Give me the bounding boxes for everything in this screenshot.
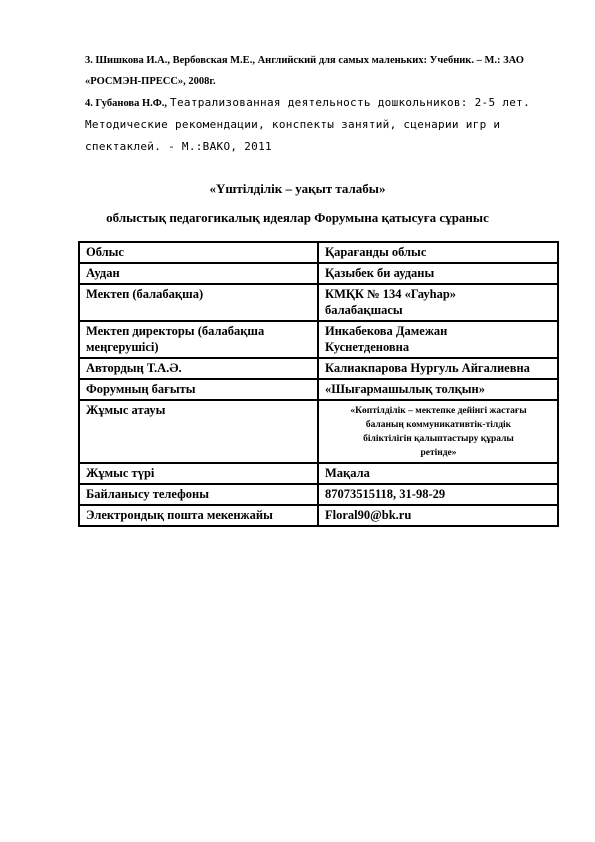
row-value-district: Қазыбек би ауданы xyxy=(318,263,558,284)
row-value-region: Қарағанды облыс xyxy=(318,242,558,263)
row-value-author: Калиакпарова Нургуль Айгалиевна xyxy=(318,358,558,379)
table-row-phone: Байланысу телефоны 87073515118, 31-98-29 xyxy=(79,484,558,505)
row-label-forum-direction: Форумның бағыты xyxy=(79,379,318,400)
table-row-email: Электрондық пошта мекенжайы Floral90@bk.… xyxy=(79,505,558,526)
table-row-director: Мектеп директоры (балабақша меңгерушісі)… xyxy=(79,321,558,358)
row-label-work-title: Жұмыс атауы xyxy=(79,400,318,463)
reference-item-3: 3. Шишкова И.А., Вербовская М.Е., Англий… xyxy=(85,50,563,92)
row-value-forum-direction: «Шығармашылық толқын» xyxy=(318,379,558,400)
row-label-work-type: Жұмыс түрі xyxy=(79,463,318,484)
table-row-author: Автордың Т.А.Ә. Калиакпарова Нургуль Айг… xyxy=(79,358,558,379)
row-value-school: КМҚК № 134 «Гауһар» балабақшасы xyxy=(318,284,558,321)
reference-3-text: 3. Шишкова И.А., Вербовская М.Е., Англий… xyxy=(85,55,524,87)
table-row-school: Мектеп (балабақша) КМҚК № 134 «Гауһар» б… xyxy=(79,284,558,321)
table-row-region: Облыс Қарағанды облыс xyxy=(79,242,558,263)
page-title: «Үштілділік – уақыт талабы» xyxy=(0,181,595,196)
document-page: 3. Шишкова И.А., Вербовская М.Е., Англий… xyxy=(0,0,595,842)
row-label-school: Мектеп (балабақша) xyxy=(79,284,318,321)
row-label-phone: Байланысу телефоны xyxy=(79,484,318,505)
table-row-work-type: Жұмыс түрі Мақала xyxy=(79,463,558,484)
row-label-author: Автордың Т.А.Ә. xyxy=(79,358,318,379)
row-label-region: Облыс xyxy=(79,242,318,263)
row-label-director: Мектеп директоры (балабақша меңгерушісі) xyxy=(79,321,318,358)
table-row-forum-direction: Форумның бағыты «Шығармашылық толқын» xyxy=(79,379,558,400)
row-value-director: Инкабекова Дамежан Куснетденовна xyxy=(318,321,558,358)
reference-4-author: 4. Губанова Н.Ф., xyxy=(85,98,167,109)
reference-item-4: 4. Губанова Н.Ф.,Театрализованная деятел… xyxy=(85,92,563,158)
row-value-phone: 87073515118, 31-98-29 xyxy=(318,484,558,505)
references-block: 3. Шишкова И.А., Вербовская М.Е., Англий… xyxy=(85,50,563,158)
row-label-email: Электрондық пошта мекенжайы xyxy=(79,505,318,526)
row-value-work-title: «Көптілділік – мектепке дейінгі жастағы … xyxy=(318,400,558,463)
page-subtitle: облыстық педагогикалық идеялар Форумына … xyxy=(0,210,595,225)
table-row-work-title: Жұмыс атауы «Көптілділік – мектепке дейі… xyxy=(79,400,558,463)
row-label-district: Аудан xyxy=(79,263,318,284)
table-row-district: Аудан Қазыбек би ауданы xyxy=(79,263,558,284)
application-form-table: Облыс Қарағанды облыс Аудан Қазыбек би а… xyxy=(78,241,559,527)
row-value-email: Floral90@bk.ru xyxy=(318,505,558,526)
row-value-work-type: Мақала xyxy=(318,463,558,484)
